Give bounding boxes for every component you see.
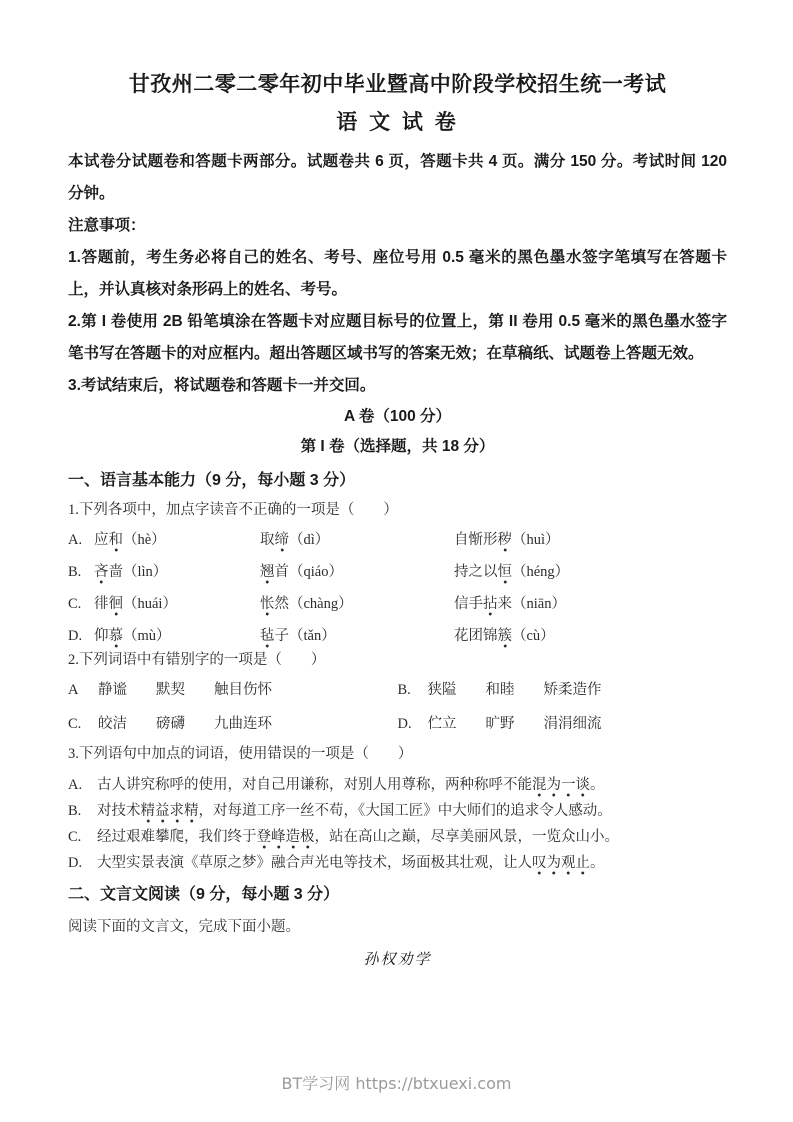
q2-row-cd: C. 皎洁 磅礴 九曲连环 D. 伫立 旷野 涓涓细流 bbox=[68, 714, 727, 734]
pronunciation-item: 花团锦簇（cù） bbox=[454, 626, 727, 646]
q2-option-d: D. 伫立 旷野 涓涓细流 bbox=[398, 714, 728, 734]
q1-row-b: B. 吝啬（lìn） 翘首（qiáo） 持之以恒（héng） bbox=[68, 562, 727, 582]
exam-paper-page: 甘孜州二零二零年初中毕业暨高中阶段学校招生统一考试 语 文 试 卷 本试卷分试题… bbox=[0, 0, 793, 1122]
option-sentence: 古人讲究称呼的使用，对自己用谦称，对别人用尊称，两种称呼不能混为一谈。 bbox=[97, 774, 605, 796]
section1-heading: 一、语言基本能力（9 分，每小题 3 分） bbox=[68, 466, 727, 496]
q2-option-a: A 静谧 默契 触目伤怀 bbox=[68, 680, 398, 700]
word-group: 狭隘 和睦 矫柔造作 bbox=[428, 680, 602, 700]
pronunciation-item: 持之以恒（héng） bbox=[454, 562, 727, 582]
option-sentence: 对技术精益求精，对每道工序一丝不苟，《大国工匠》中大师们的追求令人感动。 bbox=[97, 800, 612, 822]
option-label: A. bbox=[68, 530, 94, 550]
question1-stem: 1.下列各项中，加点字读音不正确的一项是（ ） bbox=[68, 498, 727, 522]
word-group: 伫立 旷野 涓涓细流 bbox=[428, 714, 602, 734]
section2-heading: 二、文言文阅读（9 分，每小题 3 分） bbox=[68, 880, 727, 910]
pronunciation-item: 自惭形秽（huì） bbox=[454, 530, 727, 550]
pronunciation-item: 怅然（chàng） bbox=[260, 594, 454, 614]
pronunciation-item: 应和（hè） bbox=[94, 530, 260, 550]
word-group: 皎洁 磅礴 九曲连环 bbox=[98, 714, 272, 734]
pronunciation-item: 仰慕（mù） bbox=[94, 626, 260, 646]
option-label: B. bbox=[398, 680, 428, 700]
question3-stem: 3.下列语句中加点的词语，使用错误的一项是（ ） bbox=[68, 742, 727, 766]
pronunciation-item: 信手拈来（niān） bbox=[454, 594, 727, 614]
option-label: A. bbox=[68, 774, 97, 796]
notes-heading: 注意事项： bbox=[68, 210, 727, 242]
option-label: B. bbox=[68, 562, 94, 582]
q2-option-b: B. 狭隘 和睦 矫柔造作 bbox=[398, 680, 728, 700]
option-label: D. bbox=[68, 852, 97, 874]
option-label: D. bbox=[398, 714, 428, 734]
passage-title: 孙权劝学 bbox=[68, 948, 727, 969]
note-item-3: 3.考试结束后，将试题卷和答题卡一并交回。 bbox=[68, 370, 727, 402]
option-label: B. bbox=[68, 800, 97, 822]
q3-option-d: D. 大型实景表演《草原之梦》融合声光电等技术，场面极其壮观，让人叹为观止。 bbox=[68, 852, 727, 874]
option-label: A bbox=[68, 680, 98, 700]
q3-option-b: B. 对技术精益求精，对每道工序一丝不苟，《大国工匠》中大师们的追求令人感动。 bbox=[68, 800, 727, 822]
option-label: C. bbox=[68, 594, 94, 614]
option-sentence: 经过艰难攀爬，我们终于登峰造极，站在高山之巅，尽享美丽风景，一览众山小。 bbox=[97, 826, 619, 848]
pronunciation-item: 毡子（tǎn） bbox=[260, 626, 454, 646]
q2-option-c: C. 皎洁 磅礴 九曲连环 bbox=[68, 714, 398, 734]
part1-heading: 第 I 卷（选择题，共 18 分） bbox=[68, 432, 727, 462]
option-label: C. bbox=[68, 714, 98, 734]
word-group: 静谧 默契 触目伤怀 bbox=[98, 680, 272, 700]
q3-option-c: C. 经过艰难攀爬，我们终于登峰造极，站在高山之巅，尽享美丽风景，一览众山小。 bbox=[68, 826, 727, 848]
q1-row-a: A. 应和（hè） 取缔（dì） 自惭形秽（huì） bbox=[68, 530, 727, 550]
doc-subtitle: 语 文 试 卷 bbox=[68, 110, 727, 136]
pronunciation-item: 吝啬（lìn） bbox=[94, 562, 260, 582]
q2-row-ab: A 静谧 默契 触目伤怀 B. 狭隘 和睦 矫柔造作 bbox=[68, 680, 727, 700]
reading-instruction: 阅读下面的文言文，完成下面小题。 bbox=[68, 916, 727, 938]
site-watermark: BT学习网 https://btxuexi.com bbox=[0, 1071, 793, 1094]
q1-row-d: D. 仰慕（mù） 毡子（tǎn） 花团锦簇（cù） bbox=[68, 626, 727, 646]
note-item-1: 1.答题前，考生务必将自己的姓名、考号、座位号用 0.5 毫米的黑色墨水签字笔填… bbox=[68, 242, 727, 306]
question2-stem: 2.下列词语中有错别字的一项是（ ） bbox=[68, 648, 727, 672]
pronunciation-item: 徘徊（huái） bbox=[94, 594, 260, 614]
exam-notice-block: 本试卷分试题卷和答题卡两部分。试题卷共 6 页，答题卡共 4 页。满分 150 … bbox=[68, 146, 727, 402]
q3-option-a: A. 古人讲究称呼的使用，对自己用谦称，对别人用尊称，两种称呼不能混为一谈。 bbox=[68, 774, 727, 796]
q1-row-c: C. 徘徊（huái） 怅然（chàng） 信手拈来（niān） bbox=[68, 594, 727, 614]
option-sentence: 大型实景表演《草原之梦》融合声光电等技术，场面极其壮观，让人叹为观止。 bbox=[97, 852, 605, 874]
pronunciation-item: 取缔（dì） bbox=[260, 530, 454, 550]
intro-paragraph: 本试卷分试题卷和答题卡两部分。试题卷共 6 页，答题卡共 4 页。满分 150 … bbox=[68, 146, 727, 210]
section-a-heading: A 卷（100 分） bbox=[68, 402, 727, 432]
option-label: C. bbox=[68, 826, 97, 848]
option-label: D. bbox=[68, 626, 94, 646]
note-item-2: 2.第 I 卷使用 2B 铅笔填涂在答题卡对应题目标号的位置上，第 II 卷用 … bbox=[68, 306, 727, 370]
pronunciation-item: 翘首（qiáo） bbox=[260, 562, 454, 582]
doc-title: 甘孜州二零二零年初中毕业暨高中阶段学校招生统一考试 bbox=[68, 72, 727, 98]
